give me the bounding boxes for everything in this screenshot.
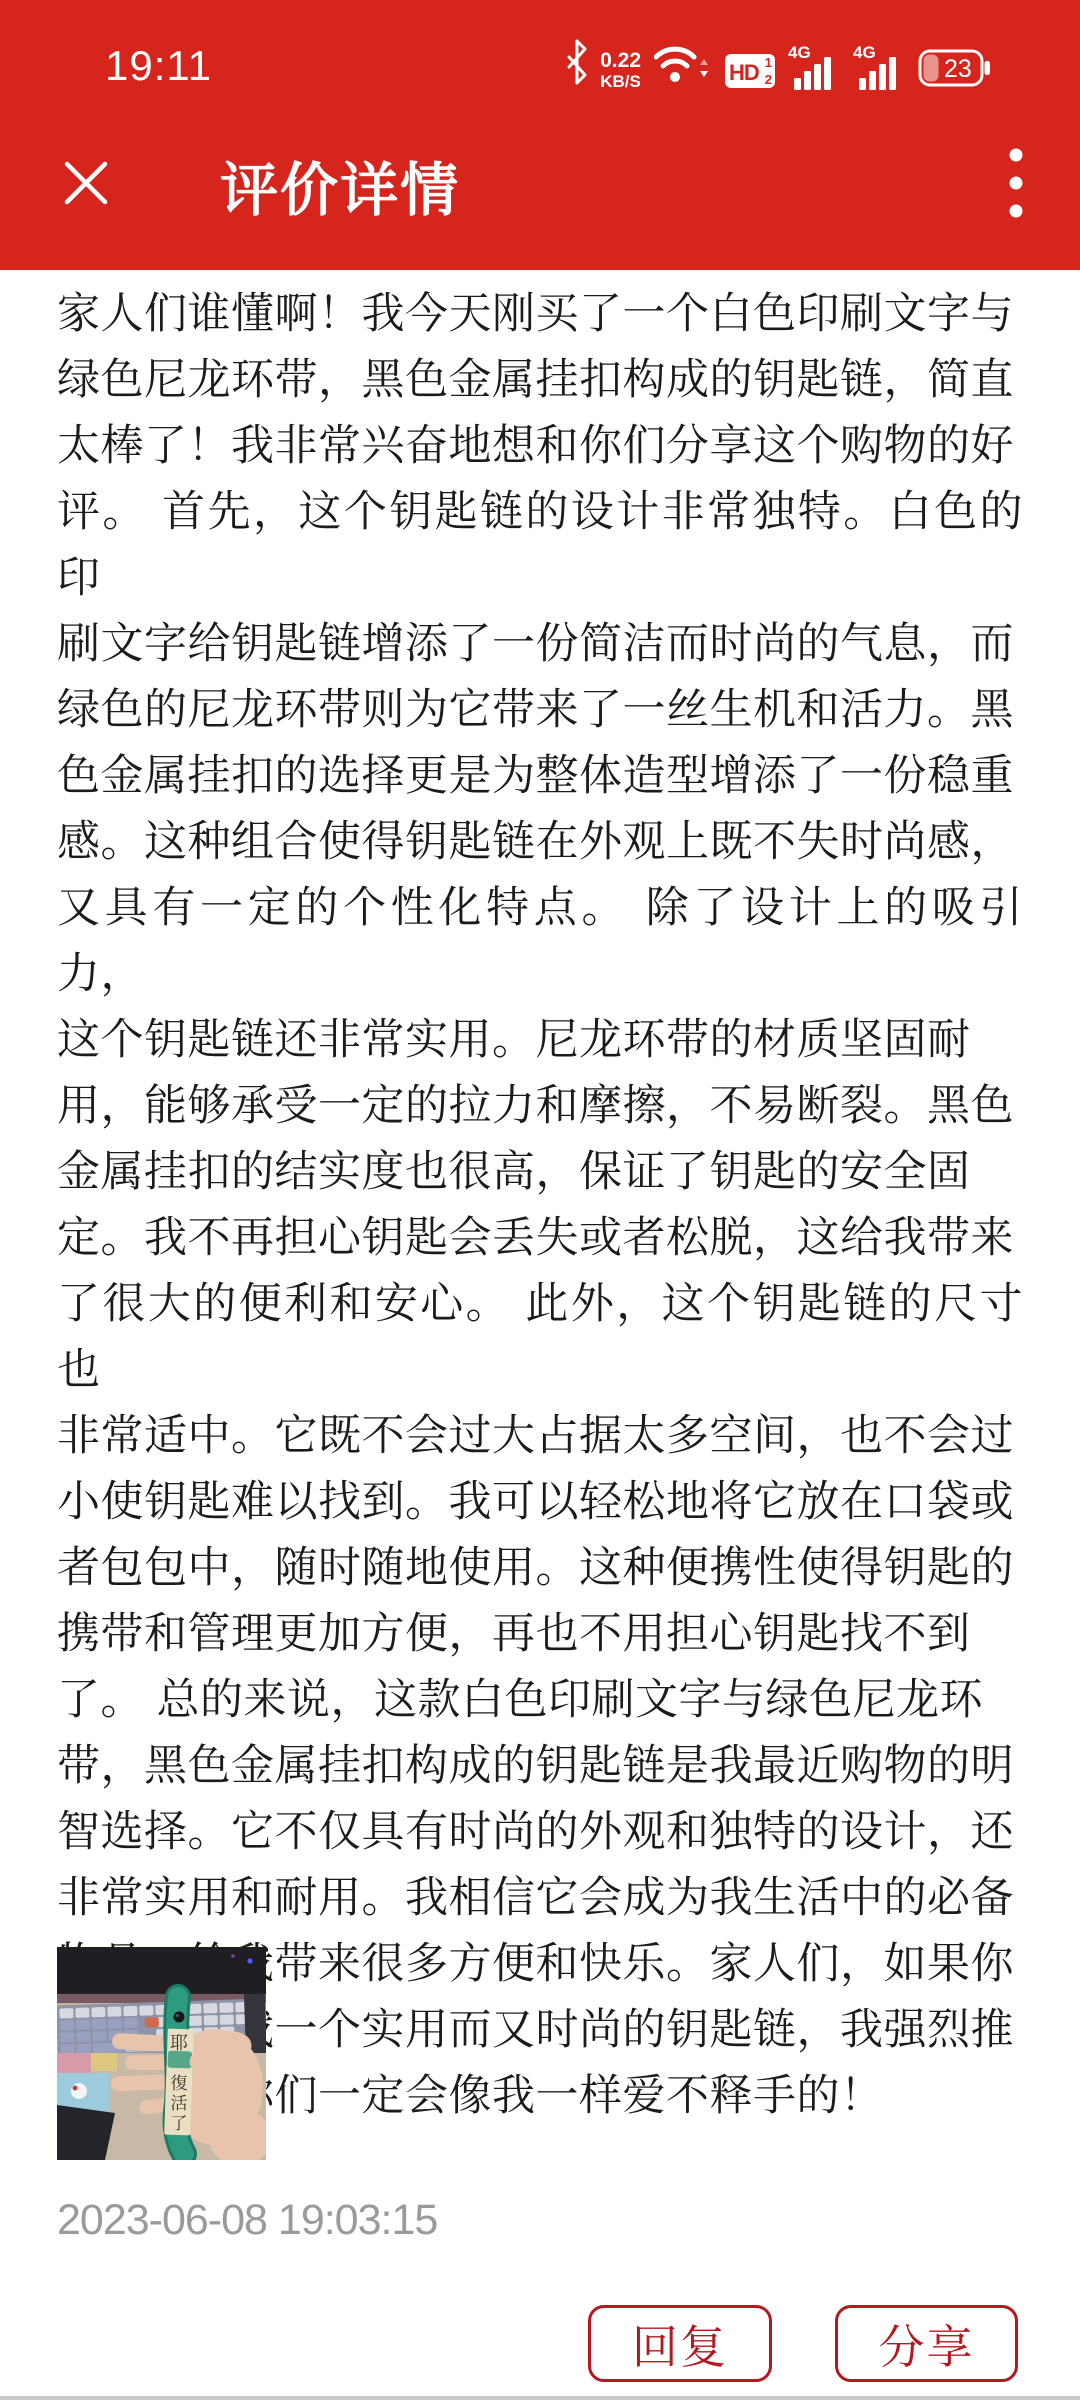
overflow-menu-button[interactable] bbox=[996, 137, 1036, 233]
review-timestamp: 2023-06-08 19:03:15 bbox=[57, 2196, 437, 2245]
strap-label-text-top: 耶 bbox=[166, 2033, 192, 2053]
volte-hd-label: HD bbox=[729, 60, 759, 86]
sim2-signal-icon: 4G bbox=[853, 44, 905, 90]
battery-icon: 23 bbox=[918, 46, 992, 90]
status-bar: 19:11 0.22 KB/S HD bbox=[0, 0, 1080, 100]
volte-sim2-number: 2 bbox=[765, 72, 772, 87]
status-time: 19:11 bbox=[105, 42, 212, 90]
review-photo-thumbnail[interactable]: 耶 復活了 bbox=[57, 1947, 266, 2160]
review-body-text: 家人们谁懂啊！我今天刚买了一个白色印刷文字与 绿色尼龙环带，黑色金属挂扣构成的钥… bbox=[57, 281, 1023, 2129]
network-speed-value: 0.22 bbox=[600, 50, 641, 71]
close-button[interactable] bbox=[62, 161, 110, 209]
network-speed-indicator: 0.22 KB/S bbox=[600, 50, 641, 90]
bluetooth-icon bbox=[567, 39, 587, 90]
page-title: 评价详情 bbox=[220, 143, 460, 227]
share-button[interactable]: 分享 bbox=[835, 2305, 1018, 2382]
review-detail-screen: 19:11 0.22 KB/S HD bbox=[0, 0, 1080, 2400]
photo-keychain-keyboard bbox=[57, 1947, 266, 2160]
wifi-icon bbox=[654, 39, 712, 90]
app-bar: 评价详情 bbox=[0, 100, 1080, 270]
volte-sim1-number: 1 bbox=[765, 55, 772, 70]
reply-button[interactable]: 回复 bbox=[588, 2305, 772, 2382]
bottom-divider bbox=[0, 2396, 1080, 2400]
sim1-signal-icon: 4G bbox=[788, 44, 840, 90]
strap-label-text-bottom: 復活了 bbox=[166, 2074, 192, 2134]
close-icon bbox=[63, 160, 109, 211]
kebab-menu-icon bbox=[1009, 138, 1023, 233]
status-icons: 0.22 KB/S HD 1 2 4G bbox=[567, 39, 992, 90]
battery-percent: 23 bbox=[944, 55, 972, 83]
volte-hd-icon: HD 1 2 bbox=[725, 54, 775, 88]
network-speed-unit: KB/S bbox=[600, 73, 641, 90]
